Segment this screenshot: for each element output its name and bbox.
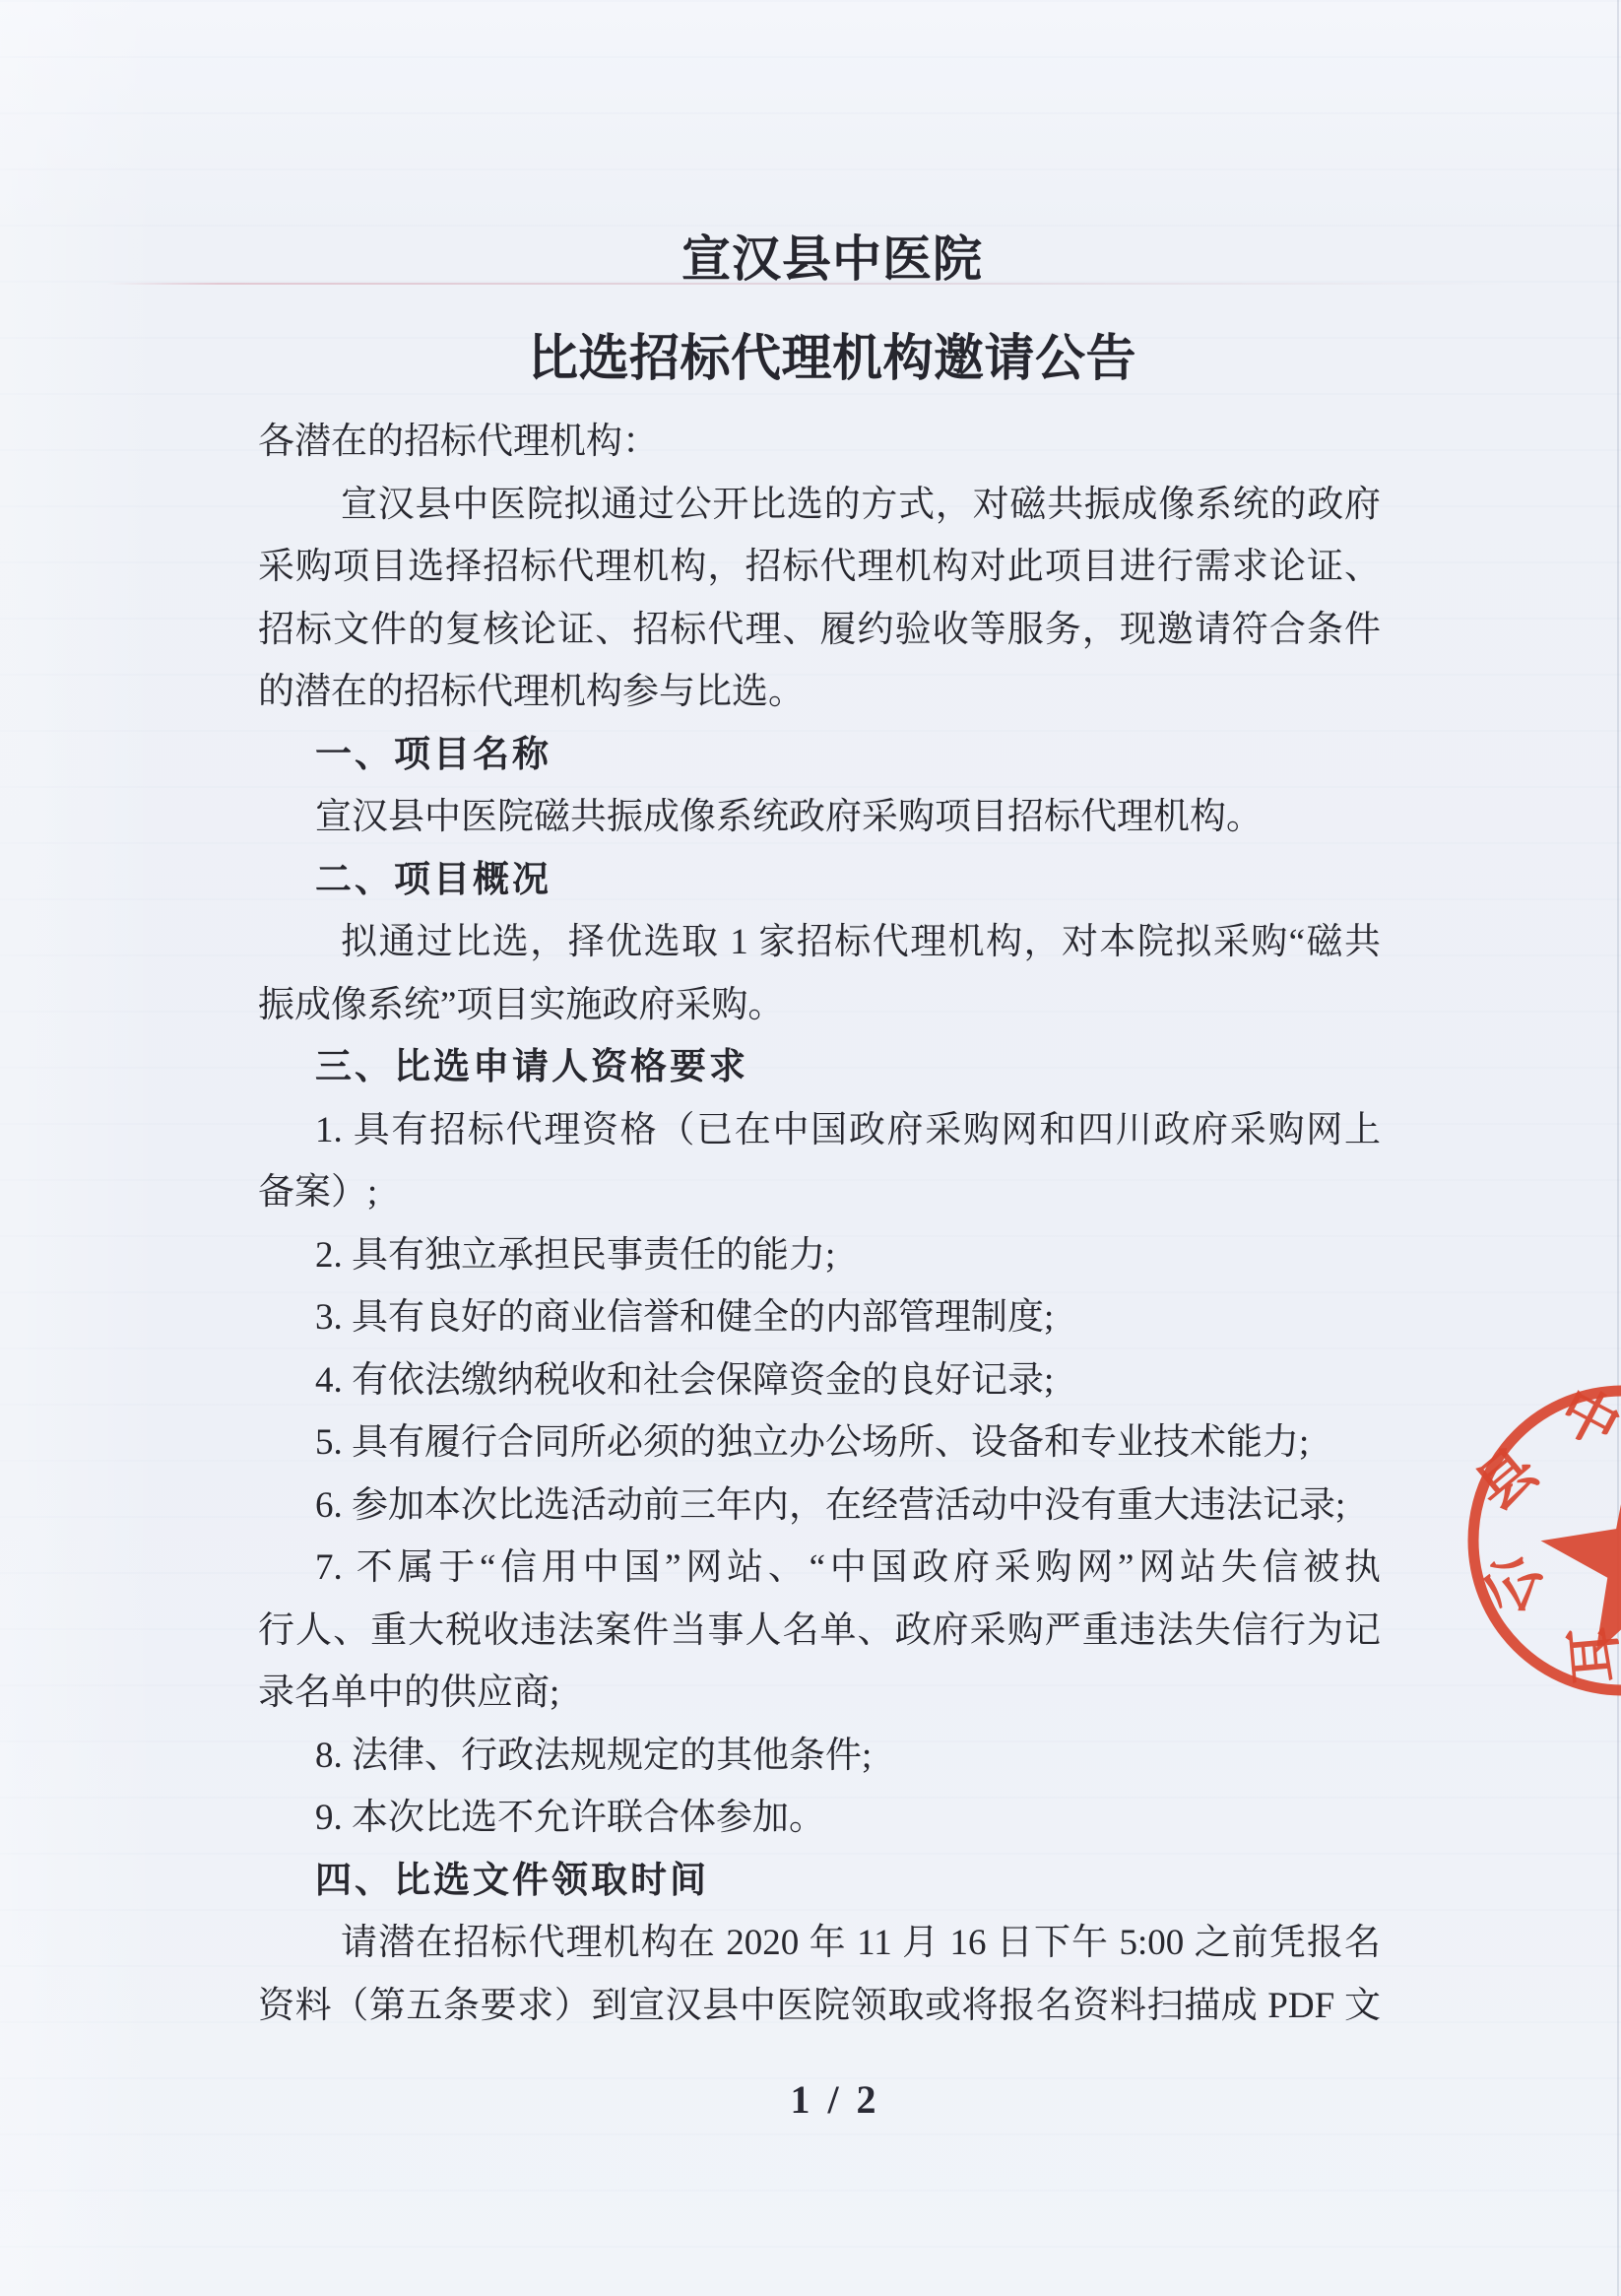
document-text-line: 7. 不属于“信用中国”网站、“中国政府采购网”网站失信被执 (258, 1537, 1381, 1600)
document-text-line: 3. 具有良好的商业信誉和健全的内部管理制度; (258, 1286, 1381, 1349)
section-heading-line: 四、比选文件领取时间 (258, 1850, 1381, 1913)
document-text-line: 5. 具有履行合同所必须的独立办公场所、设备和专业技术能力; (258, 1411, 1381, 1475)
document-text-line: 各潜在的招标代理机构： (258, 411, 1381, 474)
seal-character: 耳 (1561, 1623, 1621, 1685)
document-text-line: 招标文件的复核论证、招标代理、履约验收等服务，现邀请符合条件 (258, 599, 1381, 662)
page-number: 1 / 2 (0, 2076, 1621, 2123)
document-text-line: 录名单中的供应商; (258, 1662, 1381, 1725)
document-text-line: 采购项目选择招标代理机构，招标代理机构对此项目进行需求论证、 (258, 536, 1381, 599)
section-heading-line: 三、比选申请人资格要求 (258, 1036, 1381, 1099)
document-text-line: 9. 本次比选不允许联合体参加。 (258, 1787, 1381, 1850)
document-title: 宣汉县中医院 (0, 230, 1621, 288)
document-text-line: 宣汉县中医院磁共振成像系统政府采购项目招标代理机构。 (258, 786, 1381, 849)
document-text-line: 8. 法律、行政法规规定的其他条件; (258, 1725, 1381, 1788)
seal-character: 公 (1471, 1543, 1555, 1624)
document-text-line: 振成像系统”项目实施政府采购。 (258, 974, 1381, 1037)
section-heading-line: 一、项目名称 (258, 724, 1381, 787)
document-text-line: 资料（第五条要求）到宣汉县中医院领取或将报名资料扫描成 PDF 文 (258, 1975, 1381, 2038)
document-text-line: 4. 有依法缴纳税收和社会保障资金的良好记录; (258, 1349, 1381, 1412)
document-text-line: 的潜在的招标代理机构参与比选。 (258, 661, 1381, 724)
document-text-line: 行人、重大税收违法案件当事人名单、政府采购严重违法失信行为记 (258, 1600, 1381, 1663)
document-text-line: 2. 具有独立承担民事责任的能力; (258, 1224, 1381, 1287)
document-text-line: 宣汉县中医院拟通过公开比选的方式，对磁共振成像系统的政府 (258, 474, 1381, 537)
official-seal-stamp: 中县公耳 (1446, 1363, 1621, 1718)
paper-background: 宣汉县中医院 比选招标代理机构邀请公告 各潜在的招标代理机构：宣汉县中医院拟通过… (0, 0, 1621, 2296)
document-body: 各潜在的招标代理机构：宣汉县中医院拟通过公开比选的方式，对磁共振成像系统的政府采… (258, 411, 1381, 2037)
document-subtitle: 比选招标代理机构邀请公告 (0, 329, 1621, 390)
star-icon (1541, 1454, 1621, 1653)
scanned-document-page: { "document": { "title": "宣汉县中医院", "subt… (0, 0, 1621, 2296)
document-text-line: 6. 参加本次比选活动前三年内，在经营活动中没有重大违法记录; (258, 1475, 1381, 1538)
document-text-line: 拟通过比选，择优选取 1 家招标代理机构，对本院拟采购“磁共 (258, 911, 1381, 974)
document-text-line: 备案）; (258, 1161, 1381, 1224)
document-text-line: 1. 具有招标代理资格（已在中国政府采购网和四川政府采购网上 (258, 1099, 1381, 1162)
document-text-line: 请潜在招标代理机构在 2020 年 11 月 16 日下午 5:00 之前凭报名 (258, 1912, 1381, 1975)
section-heading-line: 二、项目概况 (258, 849, 1381, 912)
